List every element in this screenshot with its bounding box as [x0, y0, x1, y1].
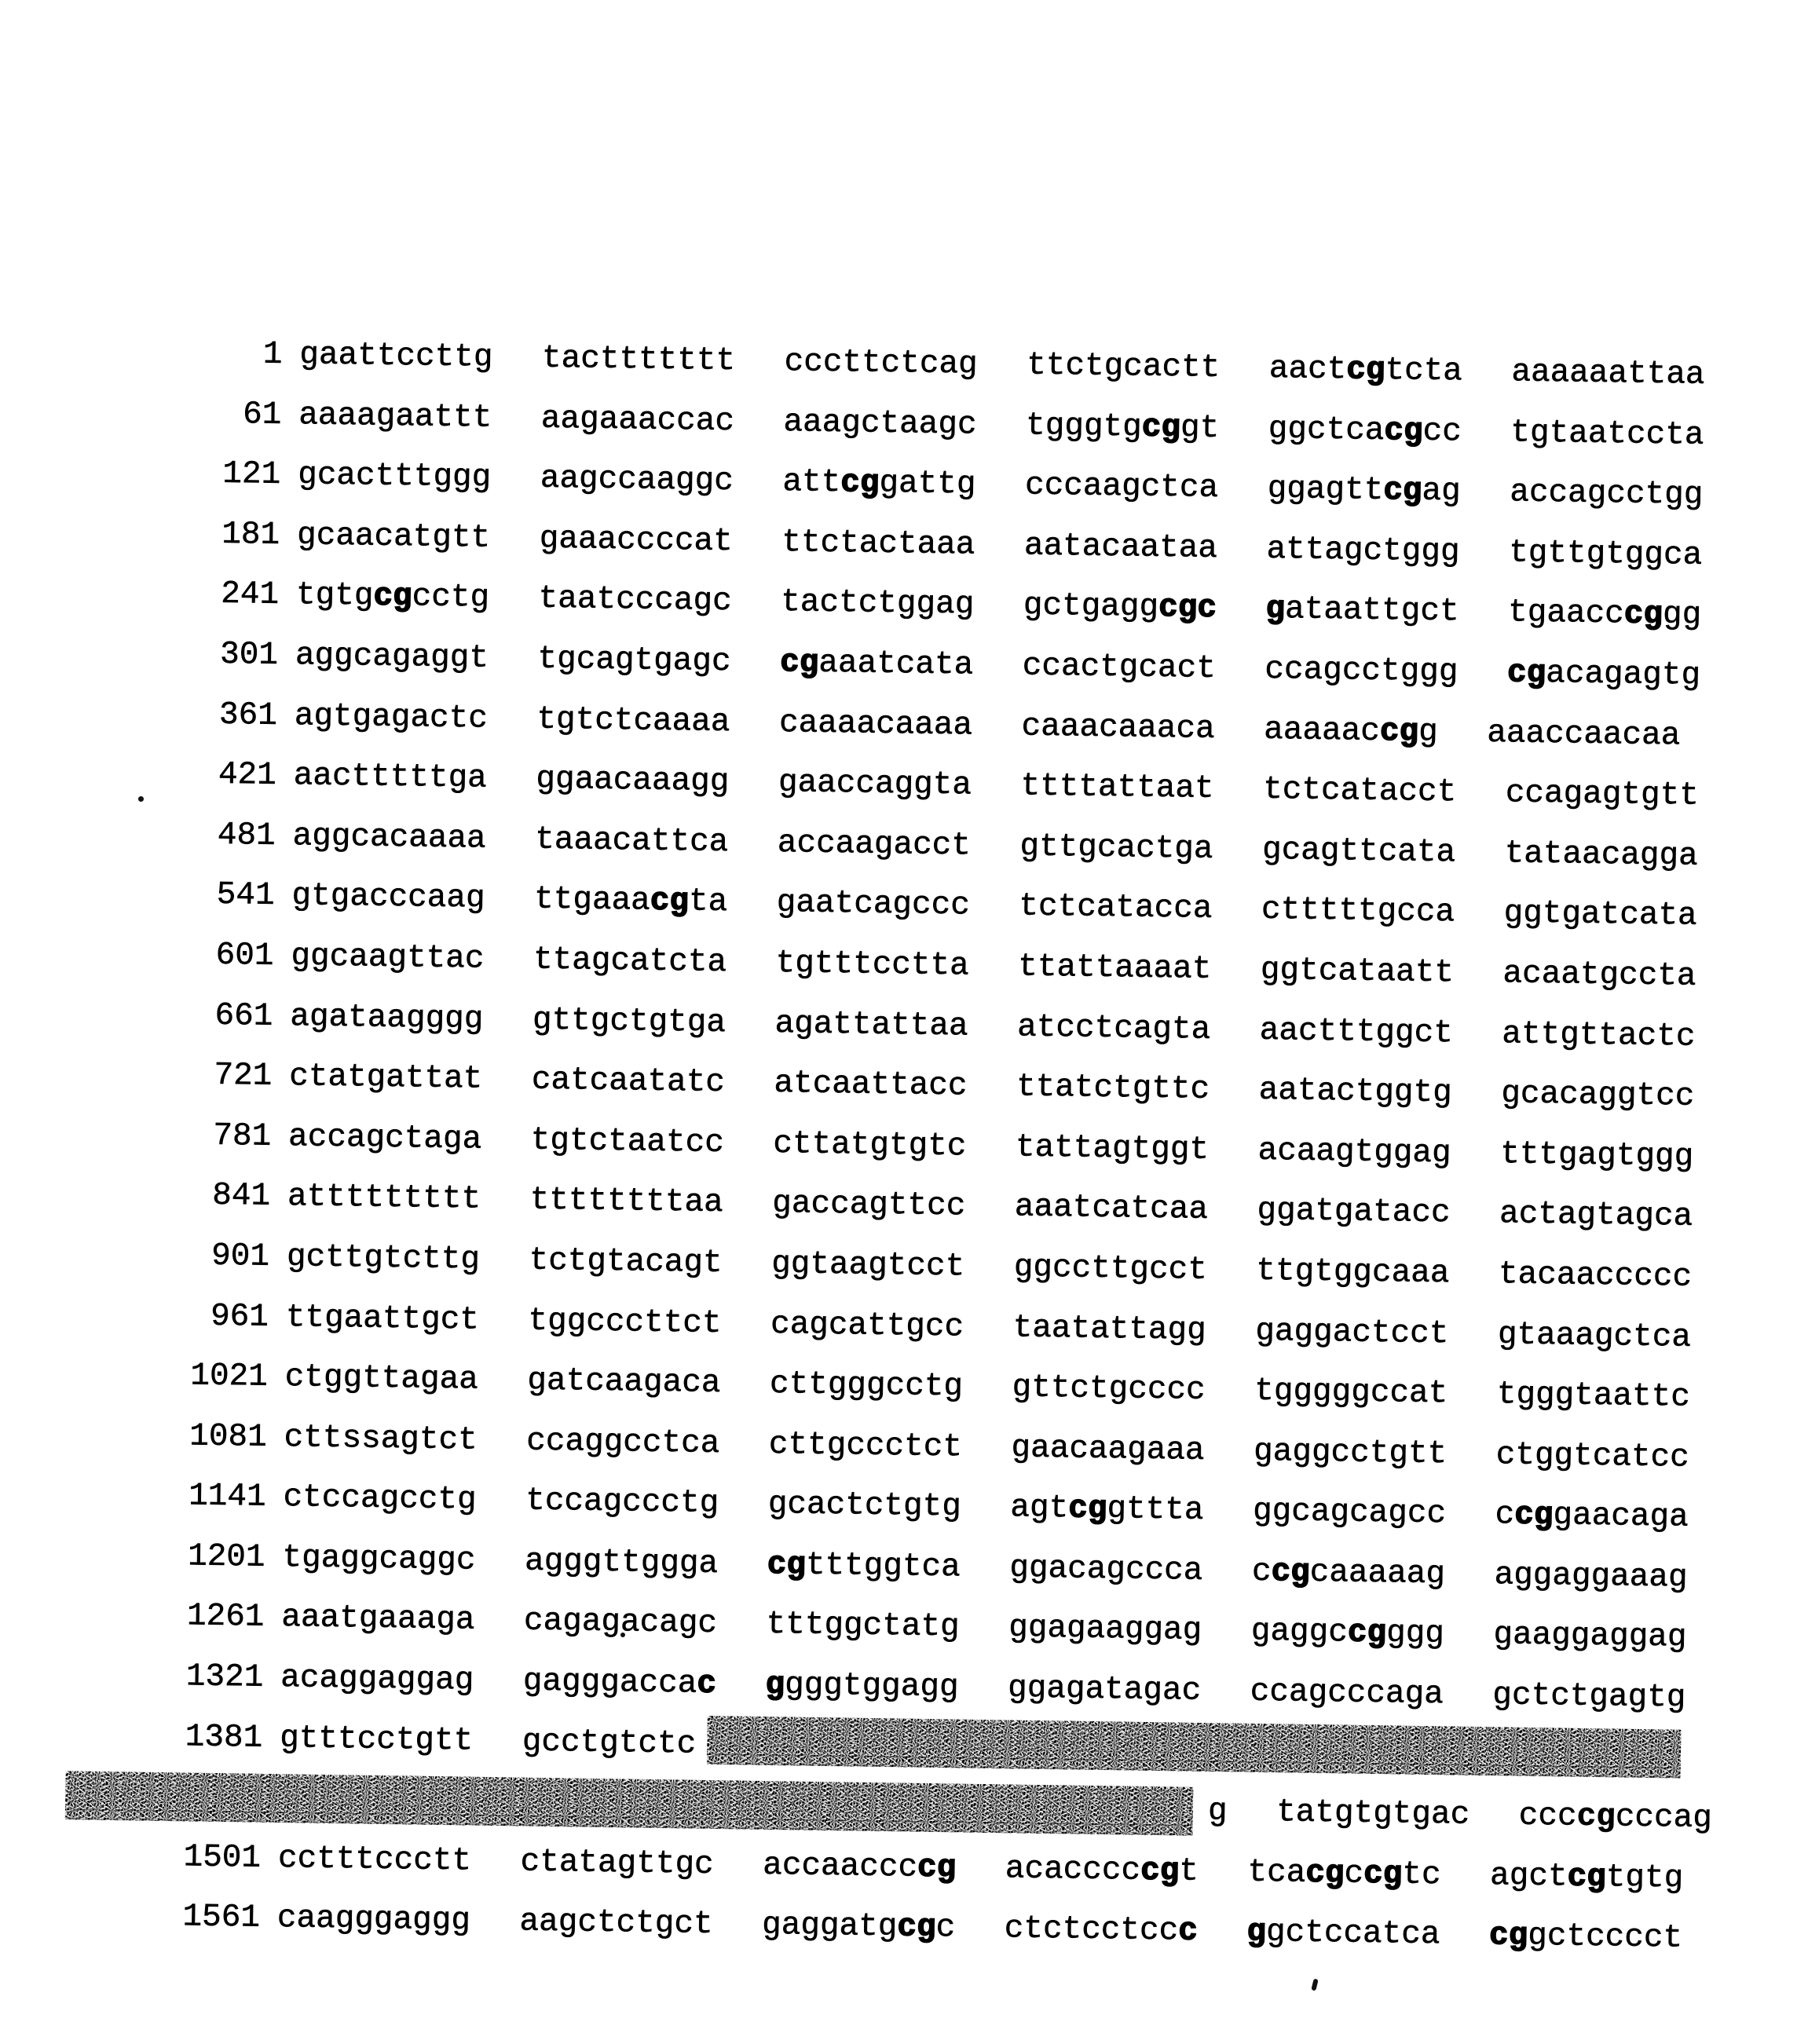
- line-number: 1201: [155, 1527, 265, 1589]
- sequence-listing-block: 1gaattccttg tacttttttt cccttctcag ttctgc…: [149, 324, 1751, 1970]
- scanned-sequence-page: { "document": { "kind": "dna-sequence-li…: [0, 0, 1819, 2044]
- line-number: 1081: [156, 1406, 267, 1468]
- line-number: 1561: [149, 1887, 260, 1949]
- line-number: 961: [158, 1285, 269, 1347]
- line-number: 721: [162, 1045, 273, 1107]
- line-number: 901: [159, 1226, 269, 1288]
- line-number: 601: [163, 925, 274, 987]
- sequence-text: g tatgtgtgac ccccgcccag: [1207, 1782, 1712, 1849]
- line-number: 61: [171, 384, 282, 446]
- ink-dot-mark: [620, 1633, 625, 1637]
- line-number: 1381: [152, 1706, 263, 1768]
- line-number: 1261: [154, 1586, 265, 1648]
- line-number: 301: [167, 624, 278, 686]
- line-number: 1021: [157, 1346, 268, 1408]
- line-number: 1321: [153, 1647, 264, 1709]
- line-number: 661: [163, 985, 273, 1047]
- line-number: 1: [172, 324, 283, 386]
- ink-tick-mark: [1311, 1978, 1318, 1991]
- line-number: 181: [170, 504, 280, 566]
- line-number: 481: [165, 805, 276, 867]
- line-number: 241: [169, 564, 280, 626]
- line-number: 421: [166, 744, 276, 806]
- line-number: 121: [170, 444, 281, 506]
- line-number: 841: [160, 1165, 271, 1227]
- line-number: 361: [167, 685, 277, 747]
- line-number: 1141: [156, 1466, 266, 1528]
- line-number: 541: [164, 865, 275, 927]
- ink-dot-mark: [138, 796, 144, 802]
- redacted-highlight-bar-lead: [65, 1771, 1194, 1836]
- line-number: 781: [161, 1106, 272, 1168]
- line-number: 1501: [151, 1827, 262, 1889]
